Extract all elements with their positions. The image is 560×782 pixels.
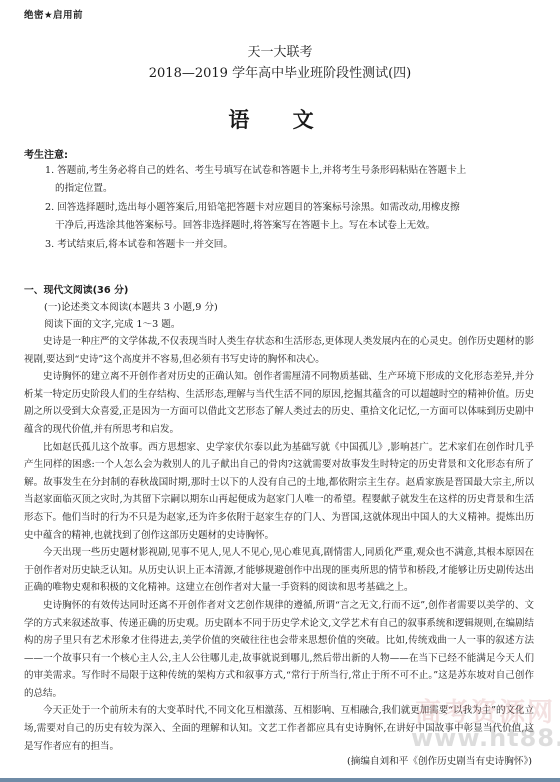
notice-title: 考生注意: — [24, 146, 68, 161]
notice-item: 1. 答题前,考生务必将自己的姓名、考生号填写在试卷和答题卡上,并将考生号条形码… — [45, 162, 540, 197]
notice-item-continuation: 的指定位置。 — [45, 183, 113, 194]
exam-page: 绝密★启用前 天一大联考 2018—2019 学年高中毕业班阶段性测试(四) 语… — [0, 0, 560, 778]
section-title: 一、现代文阅读(36 分) — [24, 282, 128, 296]
notice-item-number: 1. — [45, 165, 54, 176]
subject-title: 语 文 — [0, 104, 560, 134]
notice-item-text: 回答选择题时,选出每小题答案后,用铅笔把答题卡对应题目的答案标号涂黑。如需改动,… — [57, 202, 460, 213]
notice-item-text: 答题前,考生务必将自己的姓名、考生号填写在试卷和答题卡上,并将考生号条形码粘贴在… — [57, 165, 466, 176]
notice-item-text: 考试结束后,将本试卷和答题卡一并交回。 — [57, 239, 233, 250]
secret-label: 绝密★启用前 — [24, 7, 83, 21]
reading-instruction: 阅读下面的文字,完成 1～3 题。 — [44, 316, 180, 330]
notice-item-number: 2. — [45, 202, 54, 213]
passage-paragraph: 比如赵氏孤儿这个故事。西方思想家、史学家伏尔泰以此为基础写就《中国孤儿》,影响甚… — [24, 439, 534, 545]
exam-title: 2018—2019 学年高中毕业班阶段性测试(四) — [0, 62, 560, 81]
passage-paragraph: 今天正处于一个前所未有的大变革时代,不同文化互相激荡、互相影响、互相融合,我们就… — [24, 702, 534, 755]
passage-paragraph: 今天出现一些历史题材影视剧,见事不见人,见人不见心,见心难见真,剧情雷人,同质化… — [24, 544, 534, 597]
notice-item: 2. 回答选择题时,选出每小题答案后,用铅笔把答题卡对应题目的答案标号涂黑。如需… — [45, 199, 540, 234]
reading-passage: 史诗是一种庄严的文学体裁,不仅表现当时人类生存状态和生活形态,更体现人类发展内在… — [24, 333, 534, 755]
passage-paragraph: 史诗胸怀的有效传达同时还离不开创作者对文艺创作规律的遵循,所谓“言之无文,行而不… — [24, 597, 534, 703]
exam-organization: 天一大联考 — [0, 41, 560, 60]
passage-paragraph: 史诗是一种庄严的文学体裁,不仅表现当时人类生存状态和生活形态,更体现人类发展内在… — [24, 333, 534, 368]
notice-item-number: 3. — [45, 239, 54, 250]
passage-source: (摘编自刘和平《创作历史剧当有史诗胸怀》) — [347, 753, 532, 767]
section-subtitle: (一)论述类文本阅读(本题共 3 小题,9 分) — [44, 299, 218, 313]
bottom-border — [0, 778, 560, 782]
notice-item: 3. 考试结束后,将本试卷和答题卡一并交回。 — [45, 236, 540, 254]
passage-paragraph: 史诗胸怀的建立离不开创作者对历史的正确认知。创作者需厘清不同物质基础、生产环境下… — [24, 368, 534, 438]
notice-item-continuation: 干净后,再选涂其他答案标号。回答非选择题时,将答案写在答题卡上。写在本试卷上无效… — [45, 220, 435, 231]
